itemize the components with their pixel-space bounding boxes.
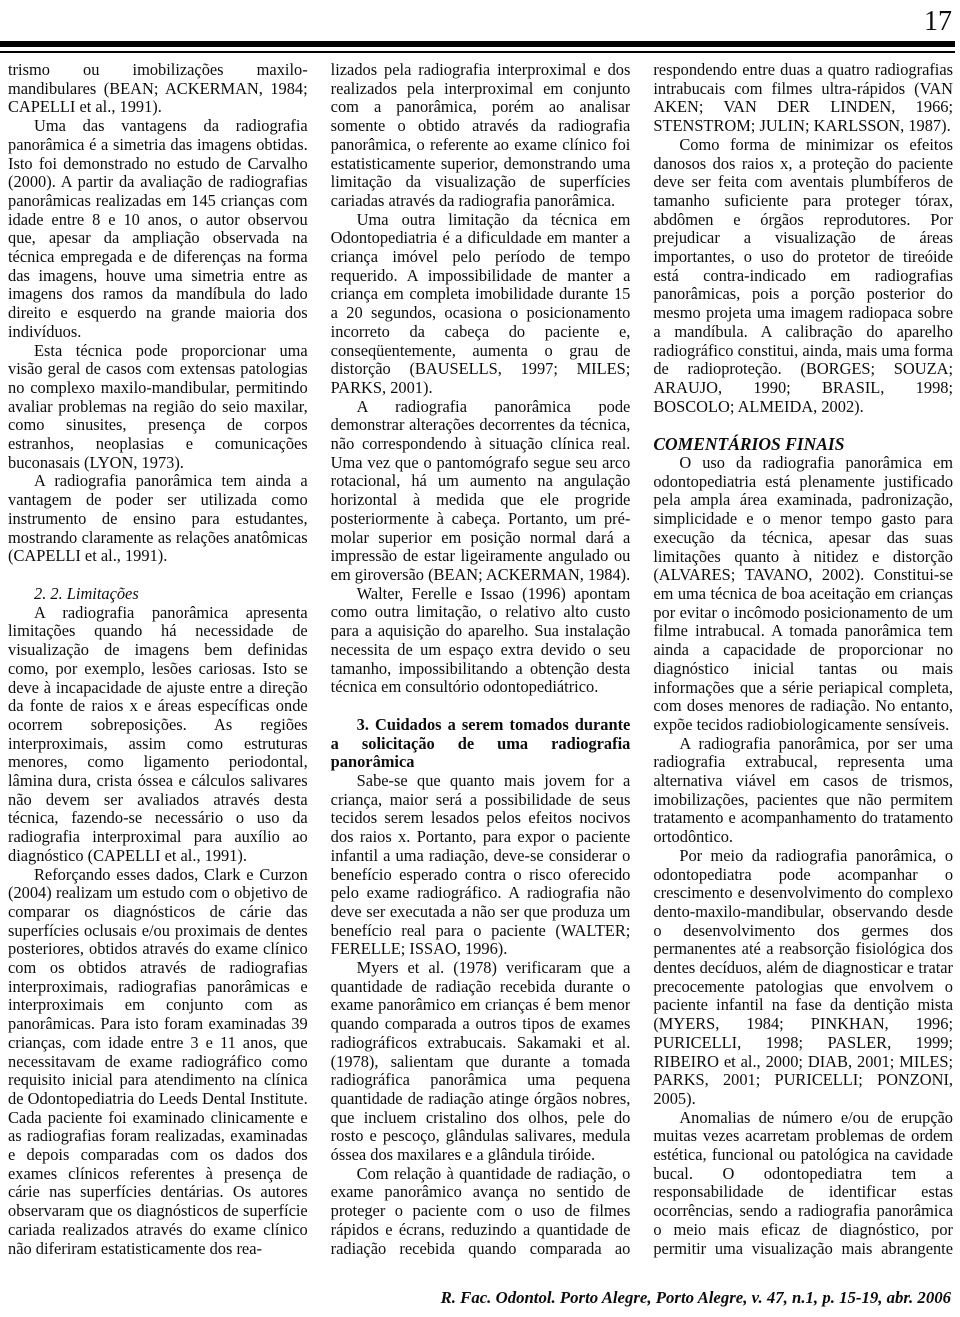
paragraph: Reforçando esses dados, Clark e Curzon (… bbox=[8, 866, 308, 1259]
header-rule-thick bbox=[0, 41, 955, 47]
paragraph: respondendo entre duas a quatro radiogra… bbox=[653, 61, 953, 136]
paragraph: A radiografia panorâmica apresenta limit… bbox=[8, 604, 308, 866]
page-number: 17 bbox=[0, 0, 960, 38]
paragraph: O uso da radiografia panorâmica em odont… bbox=[653, 454, 953, 735]
section-heading: COMENTÁRIOS FINAIS bbox=[653, 435, 953, 454]
paragraph: Uma outra limitação da técnica em Odonto… bbox=[331, 211, 631, 398]
paragraph: lizados pela radiografia interproximal e… bbox=[331, 61, 631, 211]
article-body: trismo ou imobilizações maxilo-mandibula… bbox=[8, 61, 953, 1259]
journal-page: 17 trismo ou imobilizações maxilo-mandib… bbox=[0, 0, 960, 1317]
paragraph: Esta técnica pode proporcionar uma visão… bbox=[8, 342, 308, 473]
page-footer: R. Fac. Odontol. Porto Alegre, Porto Ale… bbox=[441, 1288, 951, 1308]
page-header: 17 bbox=[0, 0, 960, 53]
paragraph: trismo ou imobilizações maxilo-mandibula… bbox=[8, 61, 308, 117]
paragraph: Anomalias de número e/ou de erupção muit… bbox=[653, 1109, 953, 1259]
journal-citation: R. Fac. Odontol. Porto Alegre, Porto Ale… bbox=[441, 1288, 951, 1307]
paragraph: Por meio da radiografia panorâmica, o od… bbox=[653, 847, 953, 1109]
paragraph: Myers et al. (1978) verificaram que a qu… bbox=[331, 959, 631, 1165]
paragraph: Como forma de minimizar os efeitos danos… bbox=[653, 136, 953, 417]
paragraph: Sabe-se que quanto mais jovem for a cria… bbox=[331, 772, 631, 959]
section-heading: 3. Cuidados a serem tomados durante a so… bbox=[331, 716, 631, 772]
paragraph: A radiografia panorâmica tem ainda a van… bbox=[8, 472, 308, 566]
paragraph: A radiografia panorâmica pode demonstrar… bbox=[331, 398, 631, 585]
section-heading: 2. 2. Limitações bbox=[8, 585, 308, 604]
column-1: trismo ou imobilizações maxilo-mandibula… bbox=[8, 61, 308, 1259]
header-rule-thin bbox=[0, 51, 955, 53]
column-3: respondendo entre duas a quatro radiogra… bbox=[653, 61, 953, 1259]
paragraph: Uma das vantagens da radiografia panorâm… bbox=[8, 117, 308, 341]
paragraph: Com relação à quantidade de radiação, o … bbox=[331, 1165, 631, 1259]
column-2: lizados pela radiografia interproximal e… bbox=[331, 61, 631, 1259]
paragraph: Walter, Ferelle e Issao (1996) apontam c… bbox=[331, 585, 631, 697]
paragraph: A radiografia panorâmica, por ser uma ra… bbox=[653, 735, 953, 847]
